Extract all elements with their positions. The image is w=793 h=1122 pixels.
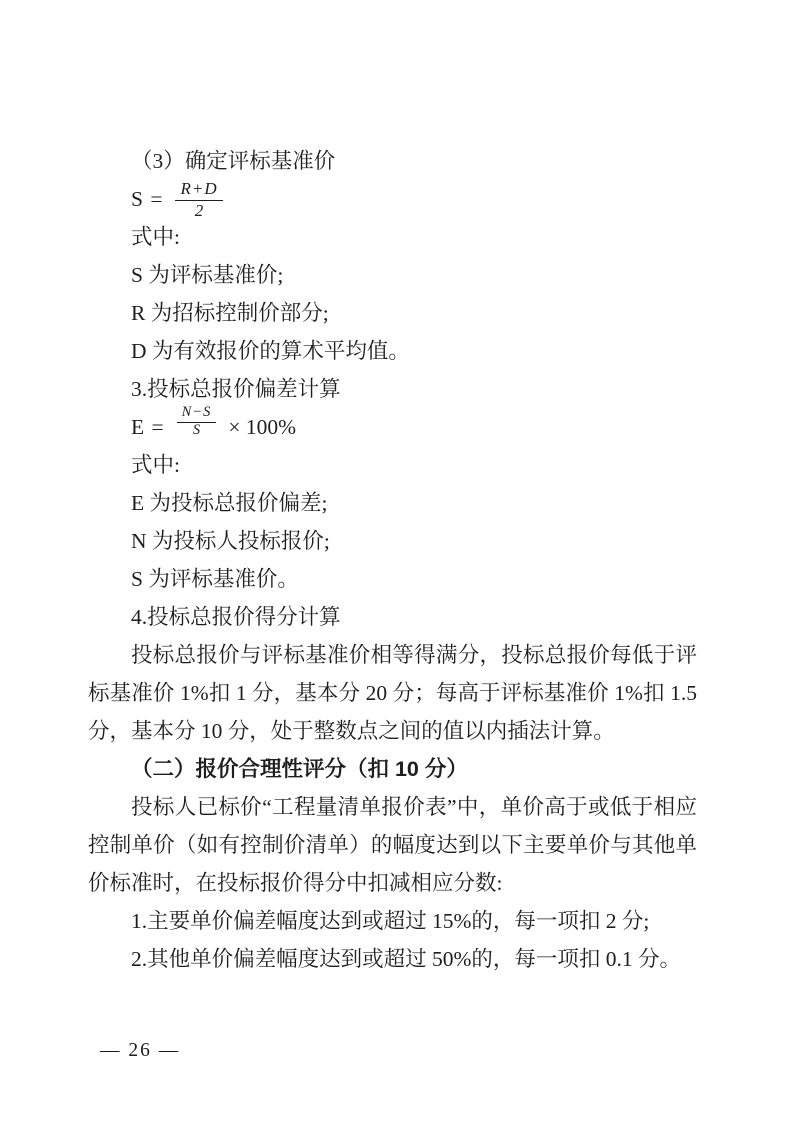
formula-base-price: S = R+D 2 xyxy=(88,180,697,218)
fraction-denominator: S xyxy=(193,423,200,438)
formula-lhs: E = xyxy=(131,415,165,440)
where-label-1: 式中: xyxy=(88,218,697,256)
where-label-2: 式中: xyxy=(88,446,697,484)
item-3-title: 3.投标总报价偏差计算 xyxy=(88,370,697,408)
paragraph-rationality-rule: 投标人已标价“工程量清单报价表”中，单价高于或低于相应控制单价（如有控制价清单）… xyxy=(88,788,697,902)
page-number: — 26 — xyxy=(100,1036,180,1066)
paragraph-score-rule: 投标总报价与评标基准价相等得满分，投标总报价每低于评标基准价 1%扣 1 分，基… xyxy=(88,636,697,750)
fraction-denominator: 2 xyxy=(195,201,204,220)
definition-r: R 为招标控制价部分; xyxy=(88,294,697,332)
formula-multiplier: × 100% xyxy=(228,415,296,440)
definition-s2: S 为评标基准价。 xyxy=(88,560,697,598)
fraction-numerator: R+D xyxy=(175,179,222,201)
section-3-title: （3）确定评标基准价 xyxy=(88,142,697,180)
rule-item-1: 1.主要单价偏差幅度达到或超过 15%的，每一项扣 2 分; xyxy=(88,902,697,940)
rule-item-2: 2.其他单价偏差幅度达到或超过 50%的，每一项扣 0.1 分。 xyxy=(88,940,697,978)
formula-lhs: S = xyxy=(131,187,163,212)
section-2-heading: （二）报价合理性评分（扣 10 分） xyxy=(88,750,697,788)
definition-s: S 为评标基准价; xyxy=(88,256,697,294)
definition-d: D 为有效报价的算术平均值。 xyxy=(88,332,697,370)
definition-e: E 为投标总报价偏差; xyxy=(88,484,697,522)
fraction-numerator: N−S xyxy=(177,404,217,423)
fraction: N−S S xyxy=(177,404,217,438)
fraction: R+D 2 xyxy=(175,179,222,220)
item-4-title: 4.投标总报价得分计算 xyxy=(88,598,697,636)
formula-deviation: E = N−S S × 100% xyxy=(88,408,697,446)
document-page: （3）确定评标基准价 S = R+D 2 式中: S 为评标基准价; R 为招标… xyxy=(88,142,697,978)
definition-n: N 为投标人投标报价; xyxy=(88,522,697,560)
